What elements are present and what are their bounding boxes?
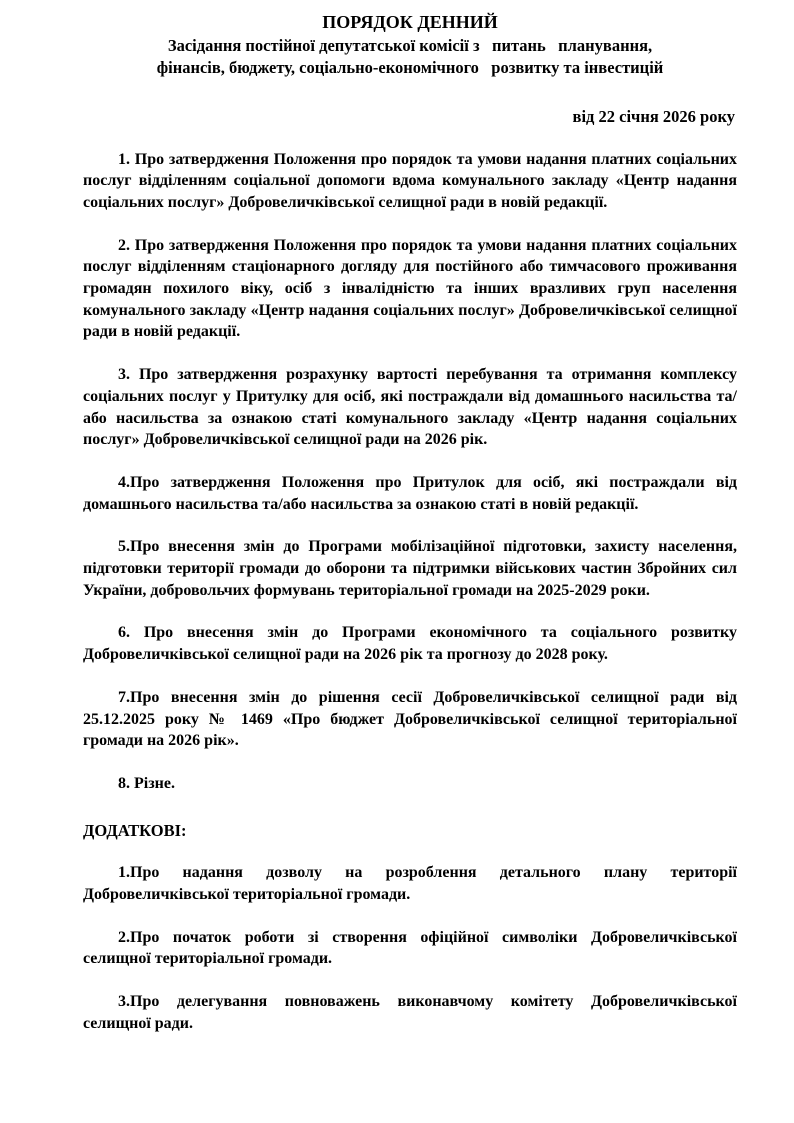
agenda-item-4: 4.Про затвердження Положення про Притуло… [83, 472, 737, 515]
additional-section-heading: ДОДАТКОВІ: [83, 820, 737, 842]
document-date: від 22 січня 2026 року [83, 106, 737, 128]
additional-item-3: 3.Про делегування повноважень виконавчом… [83, 991, 737, 1034]
agenda-item-3: 3. Про затвердження розрахунку вартості … [83, 364, 737, 451]
document-subtitle-line2: фінансів, бюджету, соціально-економічног… [83, 57, 737, 79]
additional-item-1: 1.Про надання дозволу на розроблення дет… [83, 862, 737, 905]
document-subtitle-line1: Засідання постійної депутатської комісії… [83, 35, 737, 57]
agenda-item-8: 8. Різне. [83, 773, 737, 795]
document-header: ПОРЯДОК ДЕННИЙ Засідання постійної депут… [83, 9, 737, 128]
agenda-item-5: 5.Про внесення змін до Програми мобіліза… [83, 536, 737, 601]
agenda-item-6: 6. Про внесення змін до Програми економі… [83, 622, 737, 665]
agenda-item-2: 2. Про затвердження Положення про порядо… [83, 235, 737, 344]
document-viewport: { "colors": { "page_background": "#fffff… [0, 0, 794, 1123]
agenda-item-1: 1. Про затвердження Положення про порядо… [83, 149, 737, 214]
document-title: ПОРЯДОК ДЕННИЙ [83, 9, 737, 35]
document-page: ПОРЯДОК ДЕННИЙ Засідання постійної депут… [0, 0, 794, 1123]
agenda-body: 1. Про затвердження Положення про порядо… [83, 149, 737, 1035]
additional-item-2: 2.Про початок роботи зі створення офіцій… [83, 927, 737, 970]
agenda-item-7: 7.Про внесення змін до рішення сесії Доб… [83, 687, 737, 752]
